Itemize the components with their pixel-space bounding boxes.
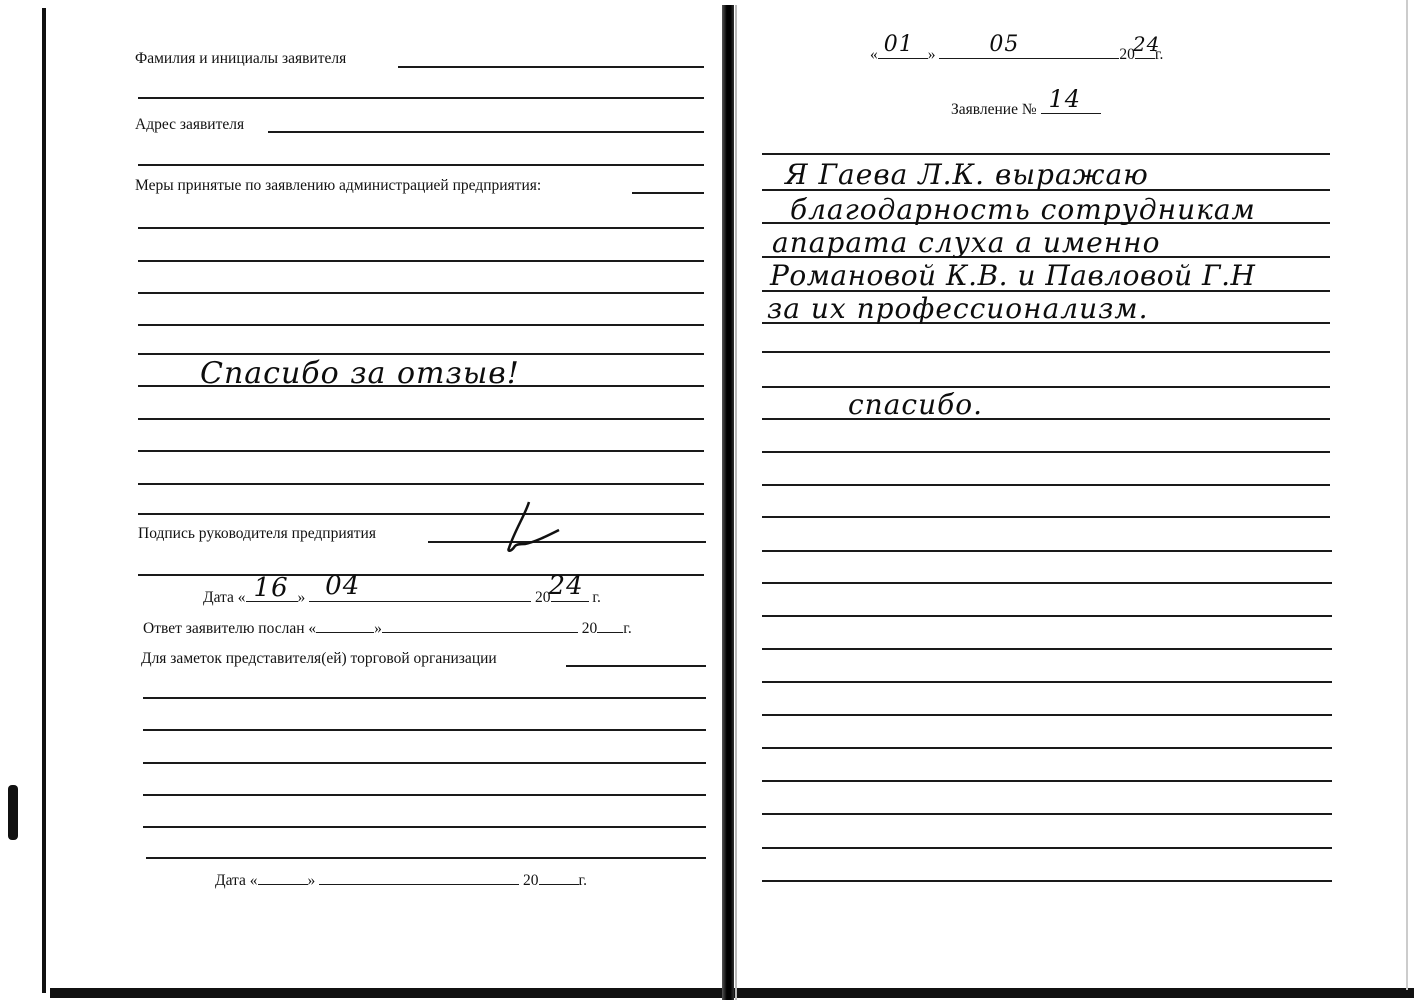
date-year-field[interactable]: 24 — [551, 587, 589, 602]
applicant-name-field[interactable] — [398, 66, 704, 68]
date-year-value: 24 — [549, 571, 584, 601]
statement-text-line-3: апарата слуха а именно — [772, 226, 1160, 259]
statement-line-1[interactable] — [762, 153, 1330, 155]
applicant-name-label: Фамилия и инициалы заявителя — [135, 50, 346, 68]
statement-date-year-field[interactable]: 24 — [1135, 44, 1155, 59]
statement-text-line-4: Романовой К.В. и Павловой Г.Н — [770, 259, 1255, 292]
date-day-value: 16 — [254, 573, 289, 603]
statement-text-line-5: за их профессионализм. — [767, 292, 1149, 325]
statement-date-month-field[interactable]: 05 — [939, 44, 1119, 59]
manager-signature-field[interactable] — [428, 541, 706, 543]
statement-line-20[interactable] — [762, 780, 1332, 782]
open-quote: « — [238, 589, 246, 606]
statement-line-23[interactable] — [762, 880, 1332, 882]
date-label: Дата — [203, 589, 234, 606]
date-month-value: 04 — [325, 571, 360, 601]
signature-mark-icon — [495, 500, 565, 555]
statement-date: «01» 052024г. — [870, 44, 1163, 64]
statement-number-row: Заявление № 14 — [951, 99, 1101, 119]
statement-number-value: 14 — [1049, 85, 1082, 113]
close-quote: » — [298, 589, 306, 606]
statement-line-16[interactable] — [762, 648, 1332, 650]
date-month-field[interactable]: 04 — [309, 587, 531, 602]
statement-line-21[interactable] — [762, 813, 1332, 815]
statement-number-field[interactable]: 14 — [1041, 99, 1101, 114]
statement-date-day-value: 01 — [884, 32, 914, 57]
notes-line-3[interactable] — [143, 762, 706, 764]
notes-date-day-field[interactable] — [258, 870, 308, 885]
applicant-address-field-line2[interactable] — [138, 164, 704, 166]
statement-line-17[interactable] — [762, 681, 1332, 683]
statement-line-7[interactable] — [762, 351, 1330, 353]
notes-date-label: Дата — [215, 872, 246, 889]
notes-line-2[interactable] — [143, 729, 706, 731]
notes-field[interactable] — [566, 665, 706, 667]
notes-line-6[interactable] — [146, 857, 706, 859]
year-suffix: г. — [579, 872, 587, 889]
notes-label: Для заметок представителя(ей) торговой о… — [141, 650, 497, 668]
statement-date-year-value: 24 — [1133, 32, 1160, 56]
reply-month-field[interactable] — [382, 618, 578, 633]
measures-label: Меры принятые по заявлению администрацие… — [135, 177, 541, 195]
open-quote: « — [870, 46, 878, 63]
statement-line-14[interactable] — [762, 582, 1332, 584]
measures-line-3[interactable] — [138, 292, 704, 294]
reply-sent-label: Ответ заявителю послан — [143, 620, 305, 637]
statement-line-19[interactable] — [762, 747, 1332, 749]
close-quote: » — [308, 872, 316, 889]
statement-date-day-field[interactable]: 01 — [878, 44, 928, 59]
statement-date-month-value: 05 — [989, 32, 1019, 57]
statement-text-line-1: Я Гаева Л.К. выражаю — [785, 158, 1149, 191]
notes-line-1[interactable] — [143, 697, 706, 699]
measures-line-6[interactable] — [138, 385, 704, 387]
year-suffix: г. — [623, 620, 631, 637]
manager-signature-label: Подпись руководителя предприятия — [138, 525, 376, 543]
statement-text-line-2: благодарность сотрудникам — [790, 193, 1256, 226]
measures-field[interactable] — [632, 192, 704, 194]
notes-date-month-field[interactable] — [319, 870, 519, 885]
statement-label: Заявление № — [951, 101, 1037, 118]
reply-sent-row: Ответ заявителю послан «» 20г. — [143, 618, 632, 638]
statement-closing: спасибо. — [848, 388, 983, 421]
scan-edge-blot — [8, 785, 18, 840]
open-quote: « — [308, 620, 316, 637]
applicant-name-field-line2[interactable] — [138, 97, 704, 99]
notes-year-prefix: 20 — [523, 872, 539, 889]
book-spine-gap — [735, 5, 737, 1000]
reply-day-field[interactable] — [316, 618, 374, 633]
statement-line-11[interactable] — [762, 484, 1330, 486]
notes-date-year-field[interactable] — [539, 870, 579, 885]
notes-line-5[interactable] — [143, 826, 706, 828]
measures-line-8[interactable] — [138, 450, 704, 452]
reply-year-prefix: 20 — [582, 620, 598, 637]
notes-date-row: Дата «» 20г. — [215, 870, 587, 890]
statement-line-22[interactable] — [762, 847, 1332, 849]
measures-line-5[interactable] — [138, 353, 704, 355]
date-day-field[interactable]: 16 — [246, 587, 298, 602]
measures-line-9[interactable] — [138, 483, 704, 485]
statement-line-13[interactable] — [762, 550, 1332, 552]
scan-border-left — [42, 8, 46, 993]
decision-date: Дата «16» 04 2024 г. — [203, 587, 601, 607]
measures-line-4[interactable] — [138, 324, 704, 326]
signature-line-2[interactable] — [138, 574, 704, 576]
measures-line-7[interactable] — [138, 418, 704, 420]
notes-line-4[interactable] — [143, 794, 706, 796]
reply-year-field[interactable] — [597, 618, 623, 633]
open-quote: « — [250, 872, 258, 889]
page-right-edge — [1406, 0, 1408, 990]
applicant-address-field[interactable] — [268, 131, 704, 133]
measures-line-10[interactable] — [138, 513, 704, 515]
applicant-address-label: Адрес заявителя — [135, 116, 244, 134]
close-quote: » — [374, 620, 382, 637]
statement-line-10[interactable] — [762, 451, 1330, 453]
measures-line-2[interactable] — [138, 260, 704, 262]
statement-line-18[interactable] — [762, 714, 1332, 716]
statement-line-15[interactable] — [762, 615, 1332, 617]
measures-line-1[interactable] — [138, 227, 704, 229]
close-quote: » — [928, 46, 936, 63]
year-suffix: г. — [592, 589, 600, 606]
statement-line-12[interactable] — [762, 516, 1330, 518]
book-spine — [722, 5, 734, 1000]
